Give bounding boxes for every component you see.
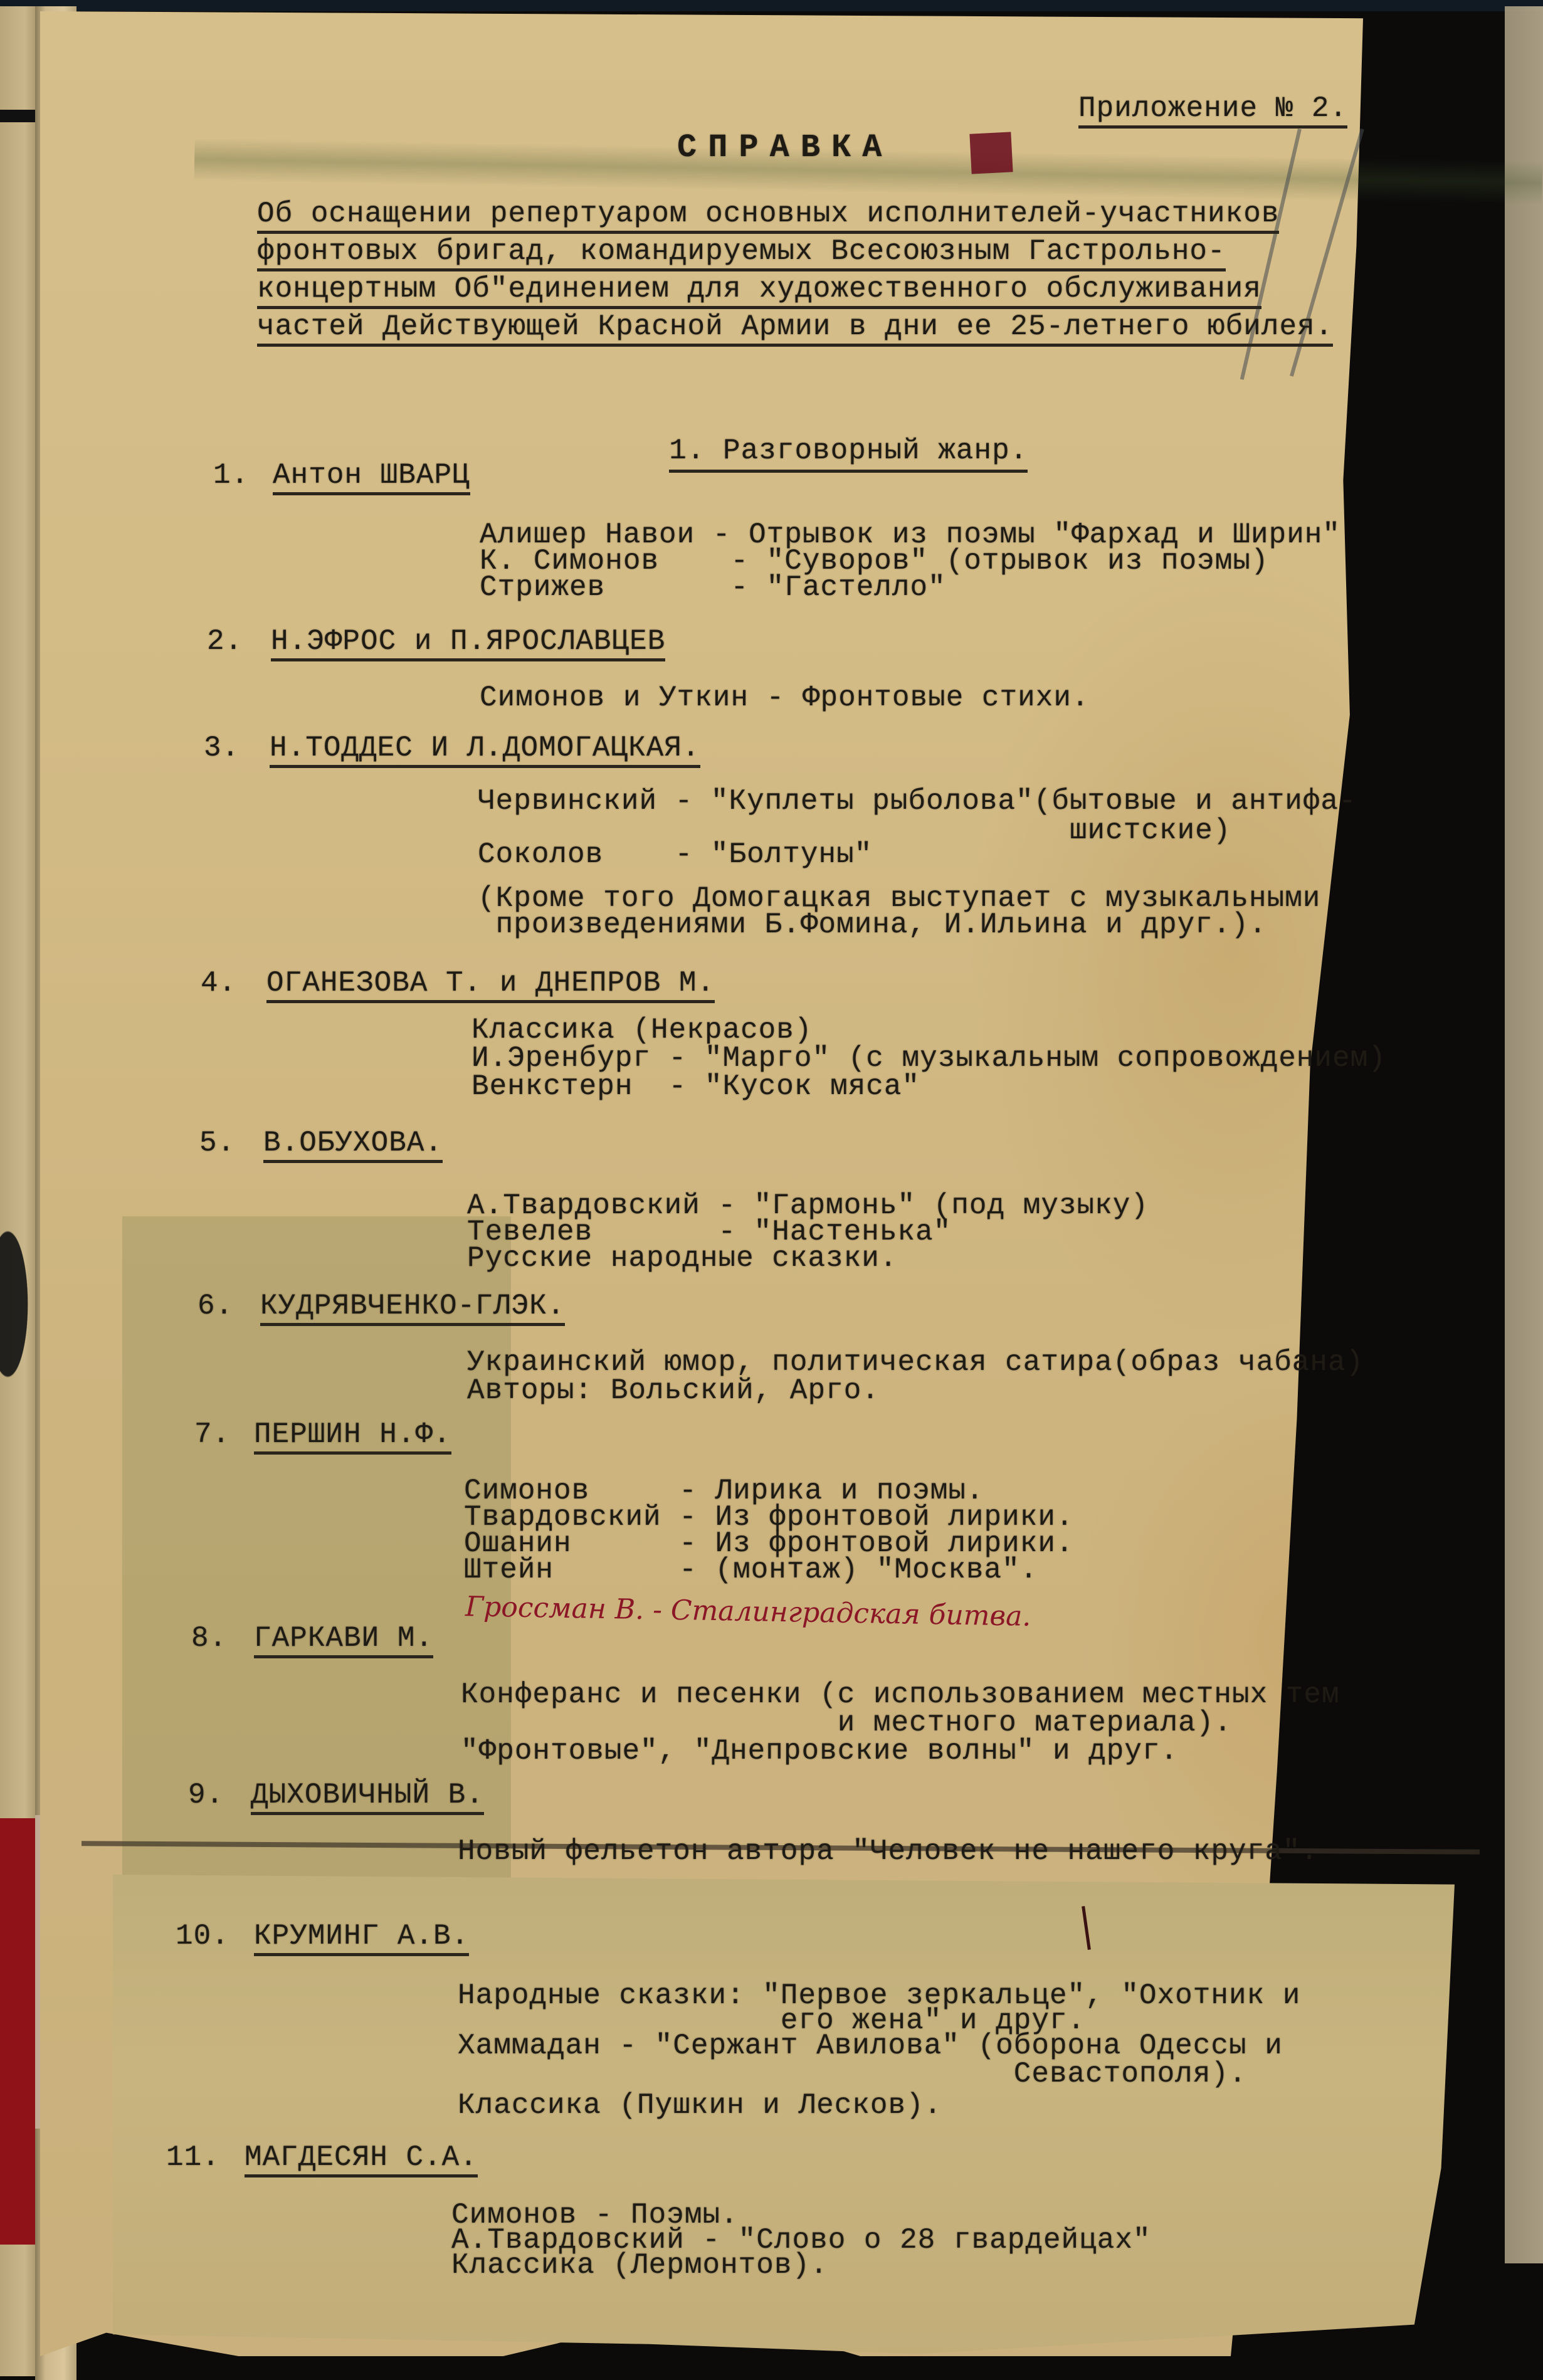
entry-name: Антон ШВАРЦ <box>273 461 470 495</box>
red-ink-mark <box>969 132 1013 174</box>
entry-number: 11. <box>166 2143 220 2172</box>
entry-line: Классика (Некрасов) <box>471 1016 813 1045</box>
entry-name: МАГДЕСЯН С.А. <box>245 2143 478 2177</box>
entry-line: Штейн - (монтаж) "Москва". <box>464 1556 1038 1584</box>
appendix-label: Приложение № 2. <box>1078 94 1347 129</box>
entry-number: 8. <box>191 1624 227 1653</box>
entry-number: 3. <box>204 734 240 762</box>
entry-line: "Фронтовые", "Днепровские волны" и друг. <box>461 1737 1178 1766</box>
section-heading: 1. Разговорный жанр. <box>633 408 1028 465</box>
entry-line: Конферанс и песенки (с использованием ме… <box>461 1680 1340 1709</box>
subtitle-line: частей Действующей Красной Армии в дни е… <box>257 312 1333 347</box>
subtitle-line: концертным Об"единением для художественн… <box>257 275 1261 309</box>
document-title: СПРАВКА <box>677 132 893 164</box>
entry-number: 5. <box>199 1129 235 1157</box>
entry-name: ДЫХОВИЧНЫЙ В. <box>251 1781 484 1815</box>
entry-name: КУДРЯВЧЕНКО-ГЛЭК. <box>260 1292 565 1326</box>
entry-line: Украинский юмор, политическая сатира(обр… <box>467 1348 1364 1377</box>
entry-name: ГАРКАВИ М. <box>254 1624 433 1658</box>
entry-line: Классика (Пушкин и Лесков). <box>458 2091 942 2120</box>
entry-line: Классика (Лермонтов). <box>451 2251 828 2280</box>
entry-name: Н.ТОДДЕС И Л.ДОМОГАЦКАЯ. <box>270 734 700 768</box>
adjacent-page-edge <box>1505 6 1543 2263</box>
entry-line: Соколов - "Болтуны" <box>478 840 872 869</box>
entry-number: 4. <box>201 969 236 998</box>
entry-line: Симонов и Уткин - Фронтовые стихи. <box>480 683 1090 712</box>
entry-name: ПЕРШИН Н.Ф. <box>254 1420 451 1455</box>
entry-line: Русские народные сказки. <box>467 1244 898 1273</box>
entry-number: 6. <box>197 1292 233 1320</box>
entry-line: произведениями Б.Фомина, И.Ильина и друг… <box>478 910 1267 939</box>
red-binding-cover <box>0 1818 35 2245</box>
entry-name: В.ОБУХОВА. <box>263 1129 443 1163</box>
entry-name: Н.ЭФРОС и П.ЯРОСЛАВЦЕВ <box>271 627 665 661</box>
entry-number: 1. <box>213 461 249 490</box>
entry-number: 9. <box>188 1781 224 1809</box>
entry-name: КРУМИНГ А.В. <box>254 1922 469 1956</box>
subtitle-line: Об оснащении репертуаром основных исполн… <box>257 199 1279 234</box>
section-heading-text: 1. Разговорный жанр. <box>669 434 1028 473</box>
entry-number: 7. <box>194 1420 230 1449</box>
entry-line: И.Эренбург - "Марго" (с музыкальным сопр… <box>471 1044 1386 1073</box>
entry-line: Червинский - "Куплеты рыболова"(бытовые … <box>478 787 1357 816</box>
entry-line: Венкстерн - "Кусок мяса" <box>471 1072 920 1101</box>
subtitle-line: фронтовых бригад, командируемых Всесоюзн… <box>257 237 1226 271</box>
entry-name: ОГАНЕЗОВА Т. и ДНЕПРОВ М. <box>266 969 715 1003</box>
entry-line: Севастополя). <box>458 2060 1247 2088</box>
entry-line: Авторы: Вольский, Арго. <box>467 1376 880 1405</box>
entry-line: Хаммадан - "Сержант Авилова" (оборона Од… <box>458 2031 1283 2060</box>
underlying-page-letter <box>0 1191 39 1417</box>
entry-number: 2. <box>207 627 243 656</box>
entry-number: 10. <box>176 1922 229 1951</box>
entry-line: Новый фельетон автора "Человек не нашего… <box>458 1837 1319 1866</box>
entry-line: и местного материала). <box>461 1709 1232 1737</box>
scan-top-edge <box>0 0 1543 11</box>
entry-line: Стрижев - "Гастелло" <box>480 573 946 602</box>
